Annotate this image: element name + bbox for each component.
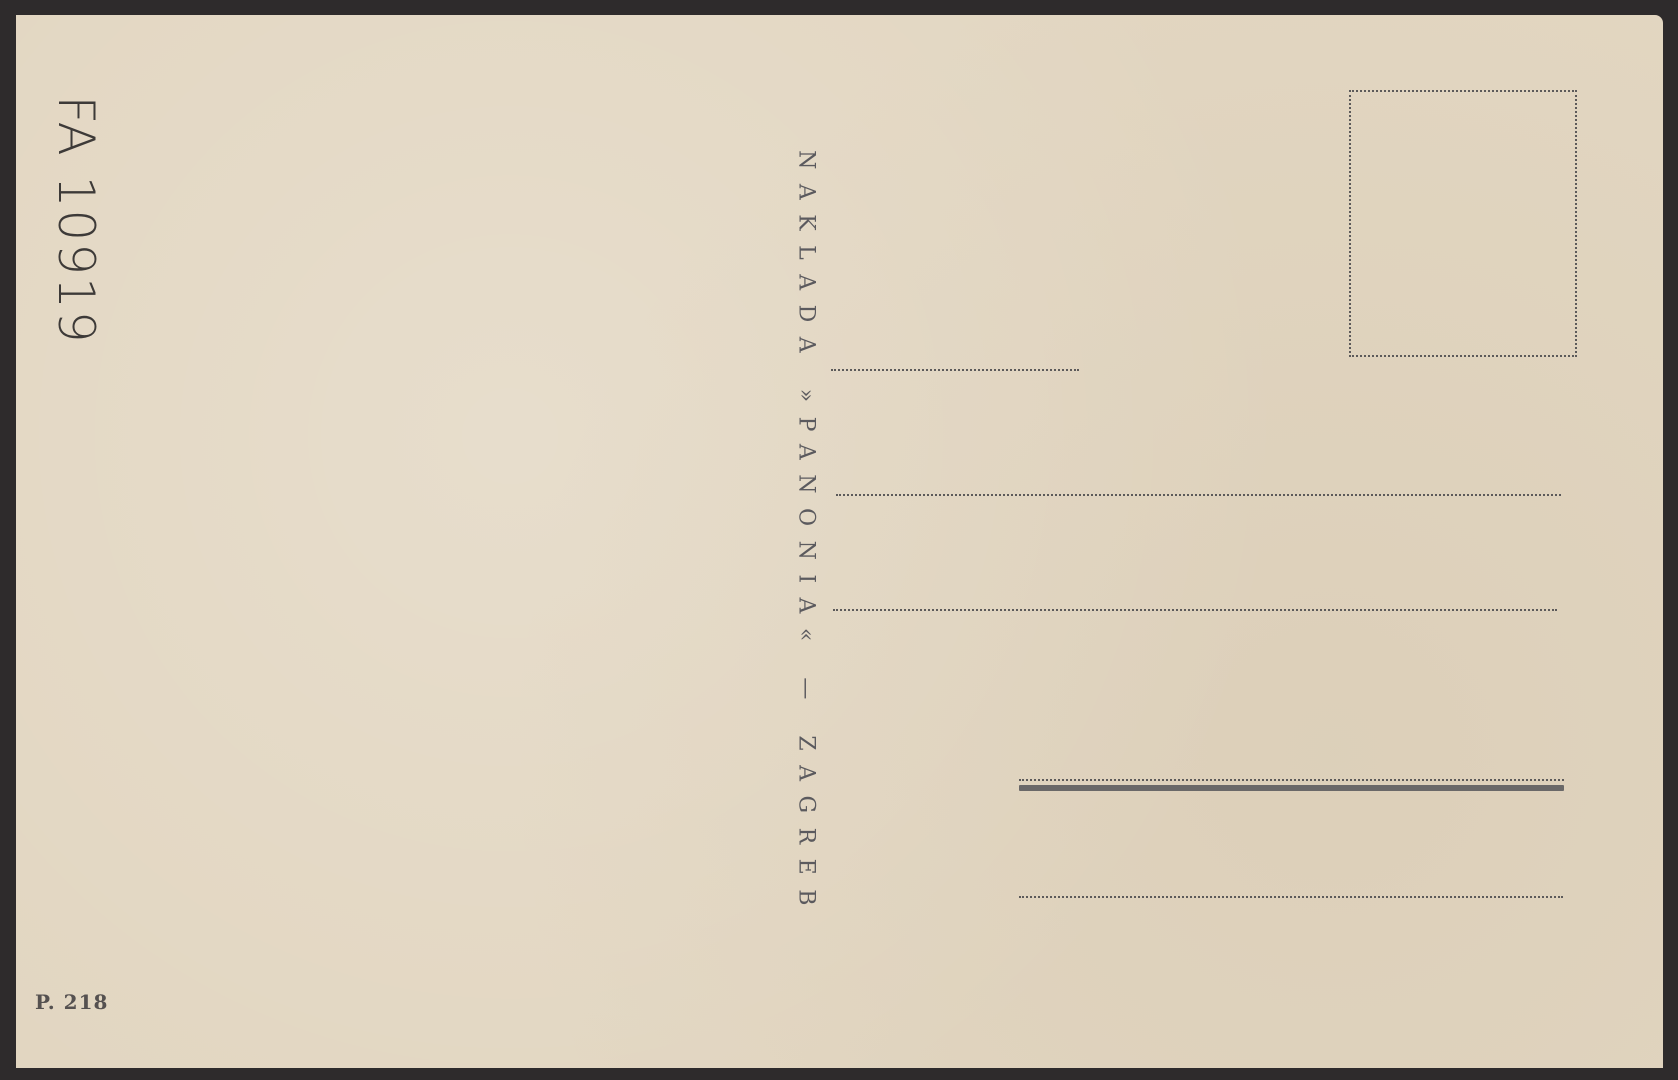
archive-number-text: FA 10919: [47, 95, 105, 344]
address-line-1: [831, 369, 1079, 371]
stamp-box: [1349, 90, 1577, 357]
address-line-5: [1019, 896, 1563, 898]
publisher-text: NAKLADA »PANONIA« — ZAGREB: [794, 150, 819, 920]
address-line-4-dotted: [1019, 779, 1564, 781]
address-line-4-solid: [1019, 785, 1564, 791]
handwritten-archive-number: FA 10919: [46, 45, 106, 395]
address-line-2: [836, 494, 1561, 496]
publisher-imprint: NAKLADA »PANONIA« — ZAGREB: [791, 55, 821, 1015]
address-line-3: [833, 609, 1557, 611]
postcard-back: FA 10919 NAKLADA »PANONIA« — ZAGREB: [16, 15, 1663, 1068]
card-code: P. 218: [35, 990, 108, 1014]
